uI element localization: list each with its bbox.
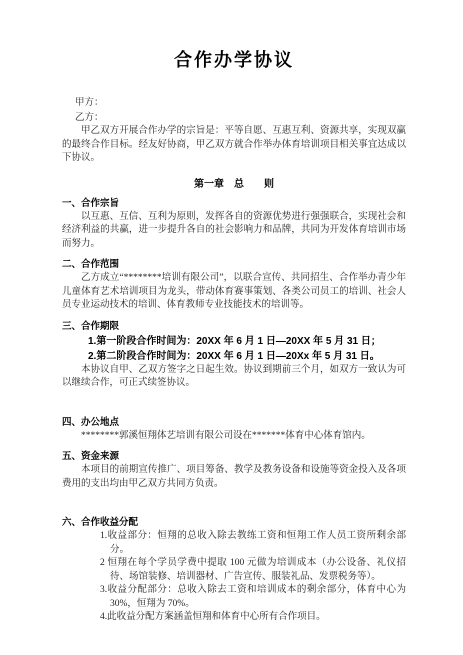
section-heading-2: 二、合作范围 xyxy=(62,258,406,272)
section-heading-5: 五、资金来源 xyxy=(62,450,406,464)
section-body-2: 乙方成立“********培训有限公司”，以联合宣传、共同招生、合作举办青少年儿… xyxy=(62,272,406,313)
section-cooperation-term: 三、合作期限 1.第一阶段合作时间为：20XX 年 6 月 1 日—20XX 年… xyxy=(62,320,406,391)
term-phase-2: 2.第二阶段合作时间为：20XX 年 6 月 1 日—20Xx 年 5 月 31… xyxy=(88,349,406,364)
profit-item-3: 3.收益分配部分：总收入除去工资和培训成本的剩余部分，体育中心为 30%，恒翔为… xyxy=(100,584,406,611)
party-b-label: 乙方： xyxy=(75,111,406,126)
section-office-location: 四、办公地点 ********郭溪恒翔体艺培训有限公司设在*******体育中心… xyxy=(62,416,406,444)
section-body-4: ********郭溪恒翔体艺培训有限公司设在*******体育中心体育馆内。 xyxy=(62,430,406,444)
profit-item-2: 2 恒翔在每个学员学费中提取 100 元做为培训成本（办公设备、礼仪招待、场馆装… xyxy=(100,557,406,584)
document-page: 合作办学协议 甲方： 乙方： 甲乙双方开展合作办学的宗旨是：平等自愿、互惠互利、… xyxy=(0,0,463,655)
section-cooperation-purpose: 一、合作宗旨 以互惠、互信、互利为原则，发挥各自的资源优势进行强强联合，实现社会… xyxy=(62,197,406,252)
section-heading-4: 四、办公地点 xyxy=(62,416,406,430)
section-funding-source: 五、资金来源 本项目的前期宣传推广、项目筹备、教学及教务设备和设施等资金投入及各… xyxy=(62,450,406,491)
chapter-heading: 第一章 总 则 xyxy=(62,175,406,190)
section-heading-6: 六、合作收益分配 xyxy=(62,516,406,530)
section-cooperation-scope: 二、合作范围 乙方成立“********培训有限公司”，以联合宣传、共同招生、合… xyxy=(62,258,406,313)
section-body-1: 以互惠、互信、互利为原则，发挥各自的资源优势进行强强联合，实现社会和经济利益的共… xyxy=(62,211,406,252)
term-phase-1: 1.第一阶段合作时间为：20XX 年 6 月 1 日—20XX 年 5 月 31… xyxy=(88,334,406,349)
document-title: 合作办学协议 xyxy=(62,46,406,72)
section-body-3: 本协议自甲、乙双方签字之日起生效。协议到期前三个月，如双方一致认为可以继续合作，… xyxy=(62,364,406,391)
intro-paragraph: 甲乙双方开展合作办学的宗旨是：平等自愿、互惠互利、资源共享，实现双赢的最终合作目… xyxy=(62,125,406,166)
section-profit-distribution: 六、合作收益分配 1.收益部分：恒翔的总收入除去教练工资和恒翔工作人员工资所剩余… xyxy=(62,516,406,625)
profit-item-4: 4.此收益分配方案涵盖恒翔和体育中心所有合作项目。 xyxy=(100,611,406,625)
section-heading-3: 三、合作期限 xyxy=(62,320,406,334)
section-body-5: 本项目的前期宣传推广、项目筹备、教学及教务设备和设施等资金投入及各项费用的支出均… xyxy=(62,464,406,491)
party-a-label: 甲方： xyxy=(75,96,406,111)
profit-item-1: 1.收益部分：恒翔的总收入除去教练工资和恒翔工作人员工资所剩余部分。 xyxy=(100,530,406,557)
section-heading-1: 一、合作宗旨 xyxy=(62,197,406,211)
